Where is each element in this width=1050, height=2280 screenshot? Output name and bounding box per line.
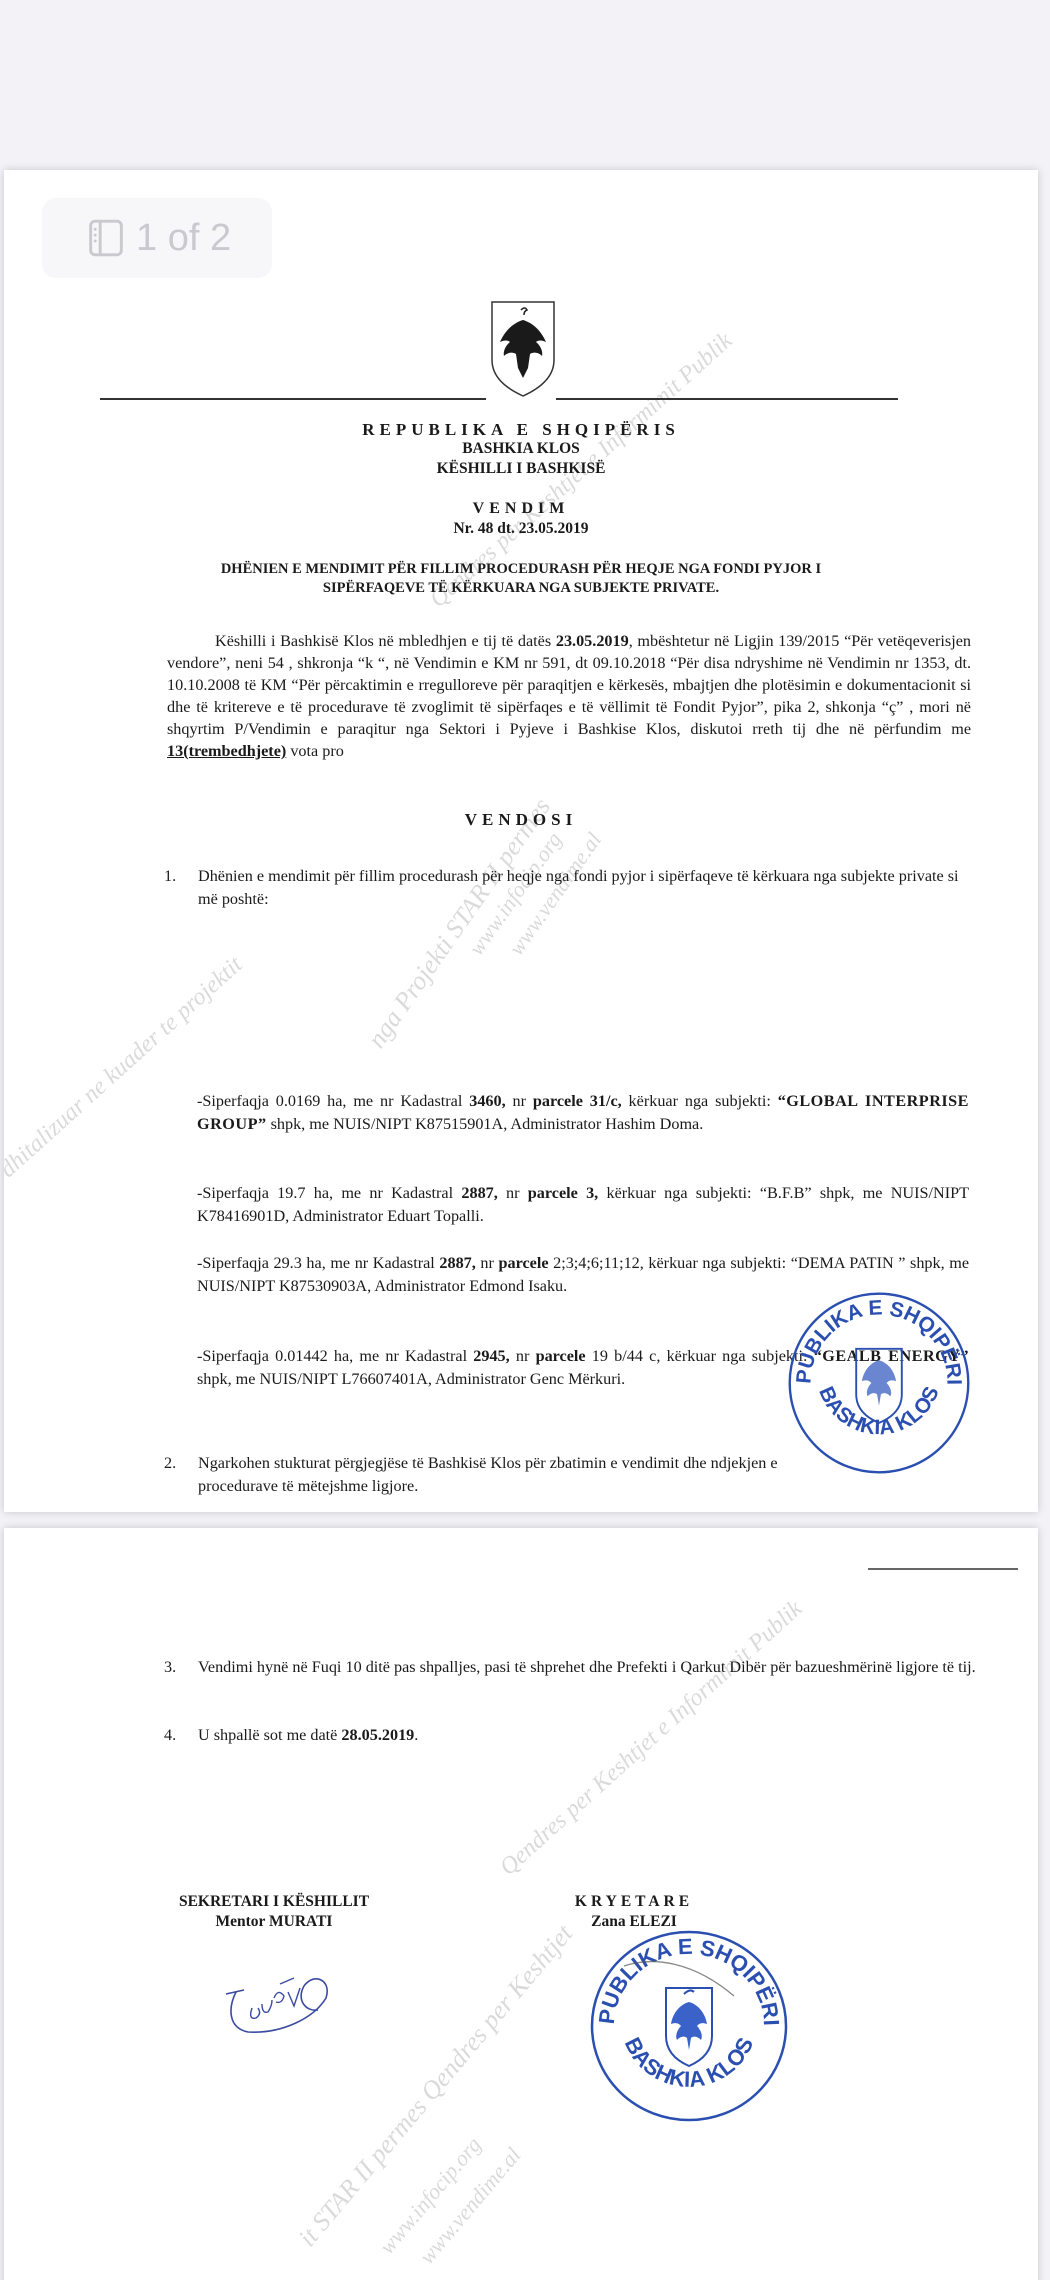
preamble-text: Këshilli i Bashkisë Klos në mbledhjen e … <box>215 632 556 650</box>
secretary-name: Mentor MURATI <box>164 1912 384 1932</box>
parcel-label: nr <box>476 1254 499 1272</box>
parcel-label: nr <box>506 1092 533 1110</box>
area-text: -Siperfaqja 29.3 ha, me nr Kadastral <box>197 1254 439 1272</box>
parcel-number-rest: 2;3;4;6;11;12, <box>549 1254 644 1272</box>
requester-intro: kërkuar nga subjekti: <box>598 1184 760 1202</box>
watermark: www.vendime.al <box>414 2142 526 2269</box>
page-indicator[interactable]: 1 of 2 <box>42 198 272 278</box>
parcel-entry: -Siperfaqja 0.0169 ha, me nr Kadastral 3… <box>197 1090 969 1136</box>
parcel-number: parcele 31/c, <box>533 1092 622 1110</box>
item-number: 2. <box>164 1452 176 1475</box>
watermark: nga Projekti STAR II permes <box>362 793 557 1054</box>
item-text: Dhënien e mendimit për fillim proceduras… <box>198 865 964 911</box>
decides-heading: VENDOSI <box>4 810 1038 830</box>
secretary-signature-icon <box>222 1968 342 2048</box>
parcel-entry: -Siperfaqja 19.7 ha, me nr Kadastral 288… <box>197 1182 969 1228</box>
item-text: Ngarkohen stukturat përgjegjëse të Bashk… <box>198 1452 818 1498</box>
decision-number: Nr. 48 dt. 23.05.2019 <box>4 520 1038 538</box>
header-rule-left <box>100 398 486 400</box>
decision-item-4: 4. U shpallë sot me datë 28.05.2019. <box>164 1724 964 1750</box>
document-page-1: 1 of 2 Qendres per Keshtjet e Informimit… <box>4 170 1038 1512</box>
company-name: “DEMA PATIN ” <box>791 1254 906 1272</box>
sidebar-icon <box>88 219 124 257</box>
parcel-number: parcele <box>498 1254 548 1272</box>
area-text: -Siperfaqja 0.0169 ha, me nr Kadastral <box>197 1092 469 1110</box>
republic-heading: REPUBLIKA E SHQIPËRIS <box>4 420 1038 440</box>
watermark: dhitalizuar ne kuader te projektit <box>4 952 248 1184</box>
item-number: 1. <box>164 865 176 888</box>
secretary-block: SEKRETARI I KËSHILLIT Mentor MURATI <box>164 1892 384 1932</box>
decision-item-1: 1. Dhënien e mendimit për fillim procedu… <box>164 865 964 915</box>
publication-date: 28.05.2019 <box>341 1726 414 1744</box>
item-text-part: . <box>414 1726 418 1744</box>
header-rule-right <box>556 398 898 400</box>
preamble-paragraph: Këshilli i Bashkisë Klos në mbledhjen e … <box>167 630 971 762</box>
cadastral-number: 2887, <box>461 1184 497 1202</box>
parcel-number: parcele <box>536 1347 586 1365</box>
parcel-number: parcele 3, <box>528 1184 598 1202</box>
document-page-2: Qendres per Keshtjet e Informimit Publik… <box>4 1528 1038 2280</box>
subject-line-2: SIPËRFAQEVE TË KËRKUARA NGA SUBJEKTE PRI… <box>4 579 1038 598</box>
watermark: www.infocip.org <box>374 2132 487 2259</box>
parcel-label: nr <box>498 1184 528 1202</box>
cadastral-number: 2945, <box>473 1347 509 1365</box>
company-name: “B.F.B” <box>760 1184 812 1202</box>
municipality-heading: BASHKIA KLOS <box>4 440 1038 458</box>
parcel-number-rest: 19 b/44 c, <box>586 1347 661 1365</box>
requester-intro: kërkuar nga subjekti: <box>622 1092 778 1110</box>
item-text: U shpallë sot me datë 28.05.2019. <box>198 1724 964 1747</box>
area-text: -Siperfaqja 0.01442 ha, me nr Kadastral <box>197 1347 473 1365</box>
company-details: shpk, me NUIS/NIPT L76607401A, Administr… <box>197 1370 625 1388</box>
council-heading: KËSHILLI I BASHKISË <box>4 460 1038 478</box>
page-indicator-text: 1 of 2 <box>136 217 231 260</box>
area-text: -Siperfaqja 19.7 ha, me nr Kadastral <box>197 1184 461 1202</box>
decision-item-3: 3. Vendimi hynë në Fuqi 10 ditë pas shpa… <box>164 1656 964 1706</box>
municipality-stamp-icon: REPUBLIKA E SHQIPËRISË BASHKIA KLOS <box>784 1288 974 1478</box>
item-number: 3. <box>164 1656 176 1679</box>
cadastral-number: 3460, <box>469 1092 505 1110</box>
vote-count: 13(trembedhjete) <box>167 742 286 760</box>
meeting-date: 23.05.2019 <box>556 632 629 650</box>
chair-title: KRYETARE <box>564 1892 704 1912</box>
company-details: shpk, me NUIS/NIPT K87515901A, Administr… <box>267 1115 704 1133</box>
albanian-eagle-emblem-icon <box>488 298 558 398</box>
subject-line-1: DHËNIEN E MENDIMIT PËR FILLIM PROCEDURAS… <box>4 560 1038 579</box>
requester-intro: kërkuar nga subjekti: <box>644 1254 791 1272</box>
item-text: Vendimi hynë në Fuqi 10 ditë pas shpallj… <box>198 1656 988 1679</box>
item-text-part: U shpallë sot me datë <box>198 1726 341 1744</box>
preamble-text: vota pro <box>286 742 344 760</box>
parcel-label: nr <box>510 1347 536 1365</box>
cadastral-number: 2887, <box>439 1254 475 1272</box>
municipality-stamp-icon: REPUBLIKA E SHQIPËRISË BASHKIA KLOS <box>584 1926 794 2126</box>
item-number: 4. <box>164 1724 176 1747</box>
secretary-title: SEKRETARI I KËSHILLIT <box>164 1892 384 1912</box>
decision-subject: DHËNIEN E MENDIMIT PËR FILLIM PROCEDURAS… <box>4 560 1038 598</box>
page-top-rule <box>868 1568 1018 1570</box>
decision-title: VENDIM <box>4 500 1038 518</box>
